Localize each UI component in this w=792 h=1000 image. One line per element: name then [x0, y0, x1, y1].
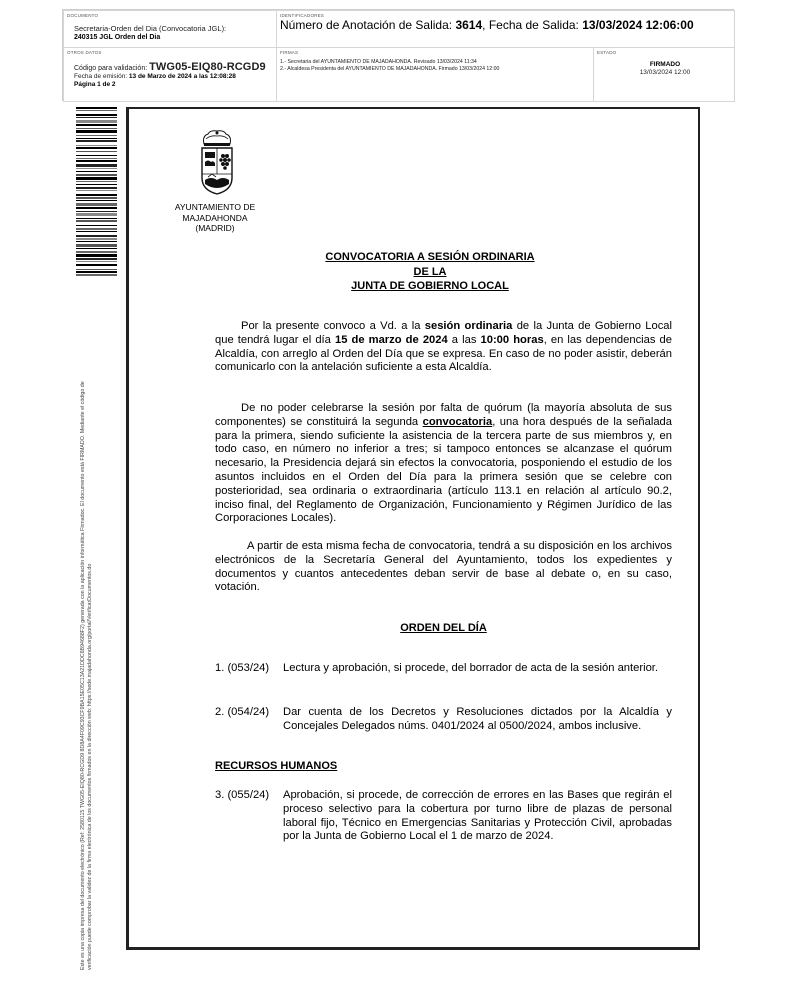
status-date: 13/03/2024 12:00 [594, 69, 736, 76]
letterhead-line-2: MAJADAHONDA [165, 213, 265, 224]
otros-datos-caption: OTROS DATOS [67, 50, 102, 55]
agenda-item: 2. (054/24) Dar cuenta de los Decretos y… [215, 706, 672, 734]
document-header-table: DOCUMENTO Secretaria-Orden del Dia (Conv… [62, 9, 734, 101]
barcode-icon [76, 107, 117, 277]
documento-caption: DOCUMENTO [67, 13, 98, 18]
emision-label: Fecha de emisión: [74, 73, 129, 80]
segunda-convocatoria: convocatoria [423, 416, 493, 428]
codigo-label: Código para validación: [74, 65, 149, 72]
agenda-item-text: Aprobación, si procede, de corrección de… [283, 789, 672, 844]
section-heading-recursos-humanos: RECURSOS HUMANOS [215, 760, 337, 772]
codigo-value: TWG05-EIQ80-RCGD9 [149, 61, 266, 73]
firmas-caption: FIRMAS [280, 50, 298, 55]
registro-label: Número de Anotación de Salida: [280, 18, 455, 32]
agenda-item-number: 2. (054/24) [215, 706, 283, 720]
page-number: Página 1 de 2 [74, 81, 116, 88]
agenda-item: 1. (053/24) Lectura y aprobación, si pro… [215, 662, 672, 676]
text-run: Por la presente convoco a Vd. a la [241, 320, 425, 332]
emision-value: 13 de Marzo de 2024 a las 12:08:28 [129, 73, 236, 80]
session-date: 15 de marzo de 2024 [335, 334, 448, 346]
letterhead: AYUNTAMIENTO DE MAJADAHONDA (MADRID) [165, 202, 265, 234]
document-title: CONVOCATORIA A SESIÓN ORDINARIA DE LA JU… [280, 250, 580, 294]
verification-line-2: verificación puede comprobar la validez … [87, 290, 94, 970]
title-line-3: JUNTA DE GOBIERNO LOCAL [280, 279, 580, 294]
session-time: 10:00 horas [481, 334, 544, 346]
coat-of-arms-icon [196, 130, 238, 196]
fecha-emision: Fecha de emisión: 13 de Marzo de 2024 a … [74, 73, 236, 80]
agenda-item-text: Dar cuenta de los Decretos y Resolucione… [283, 706, 672, 734]
agenda-item-number: 1. (053/24) [215, 662, 283, 676]
orden-del-dia-heading: ORDEN DEL DÍA [215, 622, 672, 634]
estado-cell: ESTADO FIRMADO 13/03/2024 12:00 [593, 47, 735, 102]
status-badge: FIRMADO [594, 61, 736, 68]
registro-salida: Número de Anotación de Salida: 3614, Fec… [280, 18, 730, 33]
firma-item: 2.- Alcaldesa Presidenta del AYUNTAMIENT… [280, 66, 499, 72]
otros-datos-cell: OTROS DATOS Código para validación: TWG0… [63, 47, 277, 102]
title-line-2: DE LA [414, 265, 447, 280]
estado-caption: ESTADO [597, 50, 616, 55]
fecha-salida-label: , Fecha de Salida: [482, 18, 582, 32]
agenda-item: 3. (055/24) Aprobación, si procede, de c… [215, 789, 672, 844]
fecha-salida: 13/03/2024 12:06:00 [582, 18, 693, 32]
documento-cell: DOCUMENTO Secretaria-Orden del Dia (Conv… [63, 10, 277, 48]
text-run: , una hora después de la señalada para l… [215, 416, 672, 525]
text-run: A partir de esta misma fecha de convocat… [215, 540, 672, 593]
documento-type: Secretaria-Orden del Dia (Convocatoria J… [74, 24, 226, 33]
agenda-item-text: Lectura y aprobación, si procede, del bo… [283, 662, 672, 676]
paragraph-disposicion: A partir de esta misma fecha de convocat… [215, 540, 672, 595]
paragraph-convocatoria: Por la presente convoco a Vd. a la sesió… [215, 320, 672, 375]
text-run: a las [448, 334, 481, 346]
firmas-cell: FIRMAS 1.- Secretaria del AYUNTAMIENTO D… [276, 47, 594, 102]
paragraph-quorum: De no poder celebrarse la sesión por fal… [215, 402, 672, 526]
verification-line-1: Este es una copia impresa del documento … [80, 290, 87, 970]
codigo-validacion: Código para validación: TWG05-EIQ80-RCGD… [74, 61, 266, 73]
title-line-1: CONVOCATORIA A SESIÓN ORDINARIA [280, 250, 580, 265]
registro-numero: 3614 [455, 18, 482, 32]
documento-name: 240315 JGL Orden del Dia [74, 34, 160, 41]
firma-item: 1.- Secretaria del AYUNTAMIENTO DE MAJAD… [280, 59, 477, 65]
letterhead-line-1: AYUNTAMIENTO DE [165, 202, 265, 213]
letterhead-line-3: (MADRID) [165, 223, 265, 234]
agenda-item-number: 3. (055/24) [215, 789, 283, 803]
identificadores-cell: IDENTIFICADORES Número de Anotación de S… [276, 10, 735, 48]
verification-notice: Este es una copia impresa del documento … [80, 290, 93, 970]
session-type: sesión ordinaria [425, 320, 513, 332]
